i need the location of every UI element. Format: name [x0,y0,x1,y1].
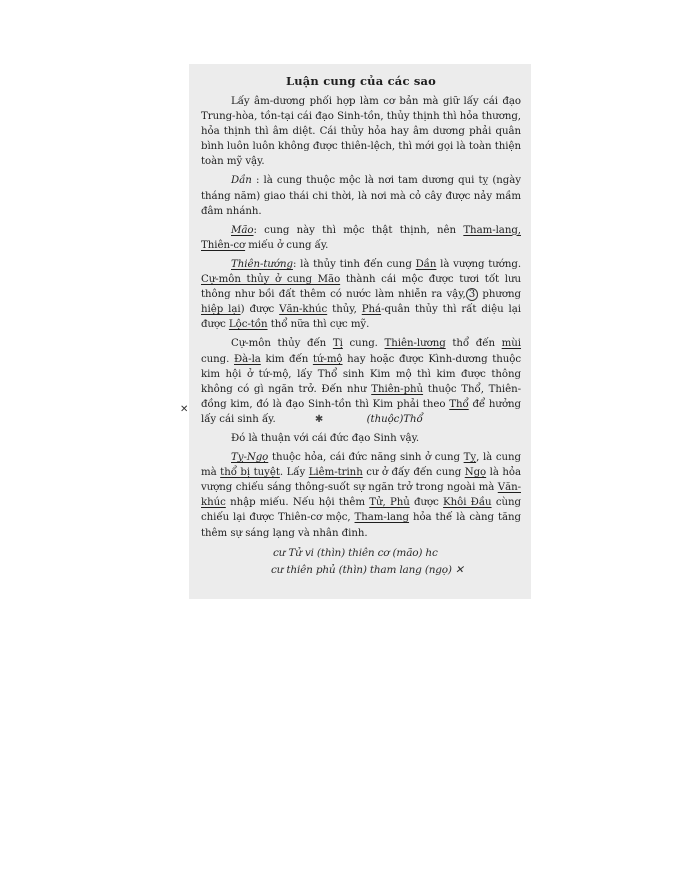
asterisk-mark: ✱ [315,414,324,425]
paragraph-dan: Dần : là cung thuộc mộc là nơi tam dương… [201,173,521,218]
term-dan: Dần [231,175,252,186]
term-mao: Mão [231,225,254,236]
paragraph-ty-ngo: Tỵ-Ngọ thuộc hỏa, cái đức năng sinh ở cu… [201,450,521,541]
term-thien-tuong: Thiên-tướng [231,259,293,270]
margin-x-mark: ✕ [180,404,188,415]
paragraph-thuan: Đó là thuận với cái đức đạo Sinh vậy. [201,431,521,446]
page-title: Luận cung của các sao [201,74,521,88]
paragraph-mao: Mão: cung này thì mộc thật thịnh, nên Th… [201,223,521,253]
handwritten-note-2: cư thiên phủ (thìn) tham lang (ngọ) ✕ [271,562,521,579]
handwritten-note-1: cư Tử vi (thìn) thiên cơ (mão) hc [273,545,521,562]
handwritten-note-inline: (thuộc)Thổ [367,414,423,425]
scanned-page: Luận cung của các sao Lấy âm-dương phối … [189,64,531,599]
handwritten-circle-mark: 3 [466,288,478,301]
paragraph-cu-mon: Cự-môn thủy đến Tị cung. Thiên-lương thổ… [201,336,521,427]
paragraph-thien-tuong: Thiên-tướng: là thủy tinh đến cung Dần l… [201,257,521,332]
paragraph-intro: Lấy âm-dương phối hợp làm cơ bản mà giữ … [201,94,521,169]
